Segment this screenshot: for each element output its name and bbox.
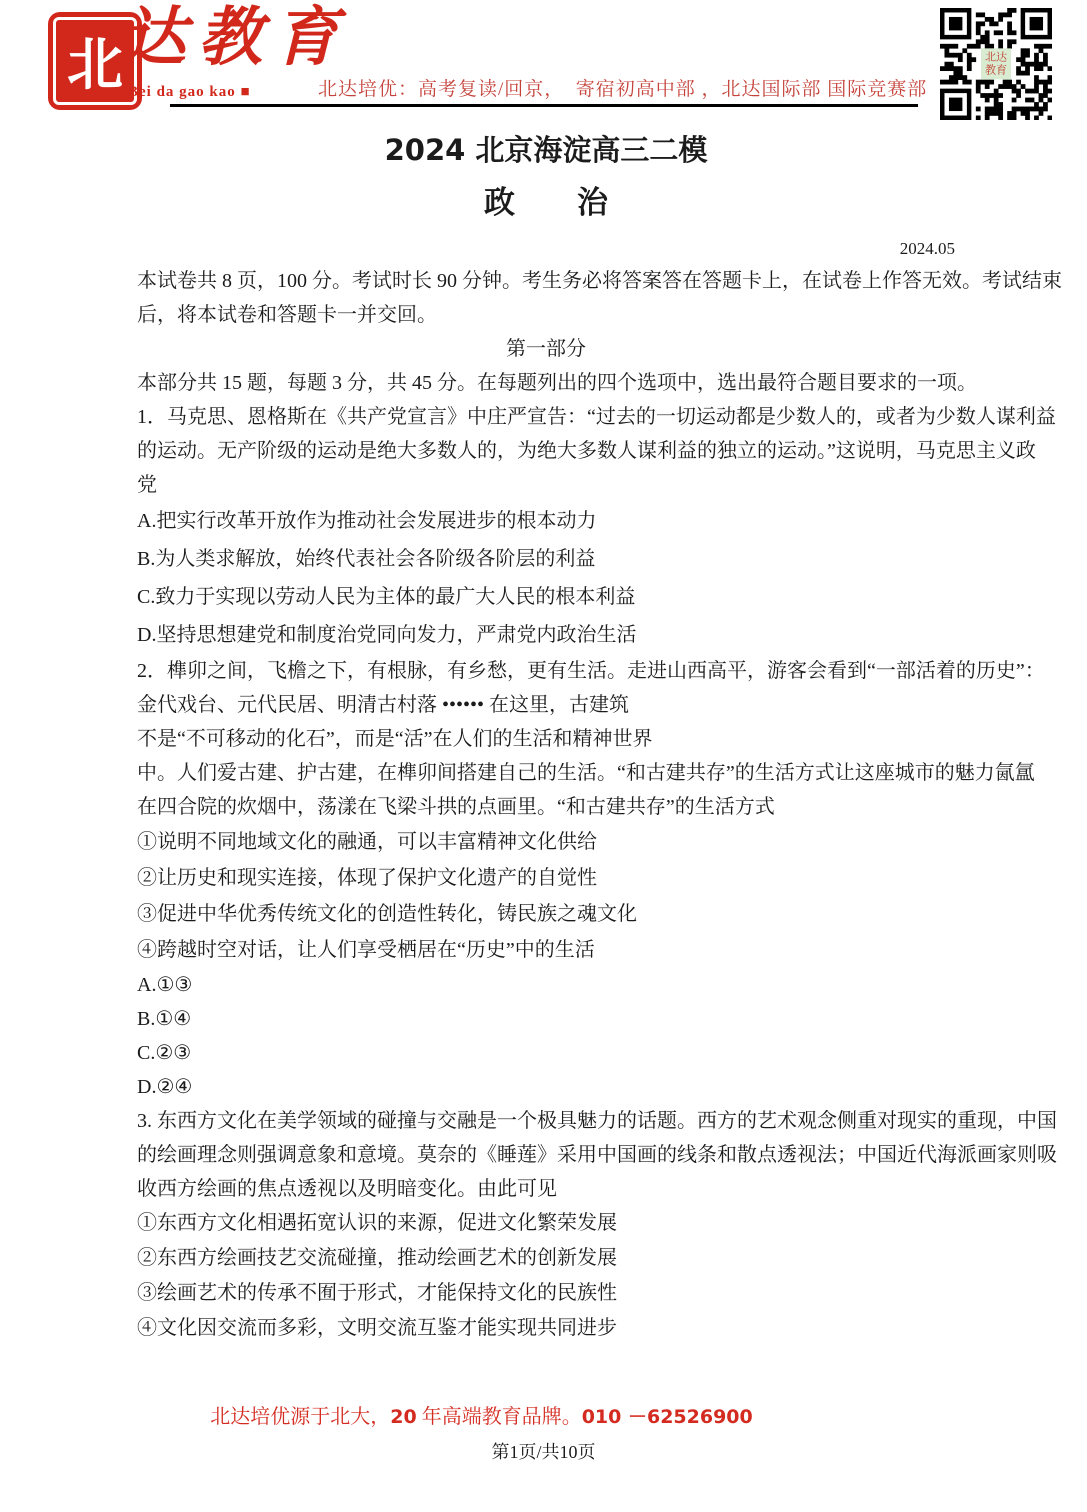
q2-option-a: A.①③ [137,968,955,1002]
q3-statement-4: ④文化因交流而多彩，文明交流互鉴才能实现共同进步 [137,1311,955,1346]
exam-date: 2024.05 [137,234,955,264]
header-divider [170,104,918,107]
qr-code: 北达 教育 [940,8,1052,120]
exam-paper-page: 北 达教育 Bei da gao kao ■ 北达培优：高考复读/回京， 寄宿初… [0,0,1087,1512]
intro-line: 后，将本试卷和答题卡一并交回。 [137,298,955,332]
footer-promo-years: 20 [390,1406,416,1428]
q3-line: 的绘画理念则强调意象和意境。莫奈的《睡莲》采用中国画的线条和散点透视法；中国近代… [137,1138,955,1172]
q2-statement-4: ④跨越时空对话，让人们享受栖居在“历史”中的生活 [137,932,955,968]
q1-option-c: C.致力于实现以劳动人民为主体的最广大人民的根本利益 [137,578,955,616]
q2-statement-3: ③促进中华优秀传统文化的创造性转化，铸民族之魂文化 [137,896,955,932]
q2-option-c: C.②③ [137,1036,955,1070]
q3-statement-2: ②东西方绘画技艺交流碰撞，推动绘画艺术的创新发展 [137,1241,955,1276]
q1-line: 的运动。无产阶级的运动是绝大多数人的，为绝大多数人谋利益的独立的运动。”这说明，… [137,434,955,468]
subject-title: 政 治 [137,172,955,234]
q2-option-b: B.①④ [137,1002,955,1036]
qr-center-label: 北达 教育 [981,48,1011,79]
q2-line: 中。人们爱古建、护古建，在榫卯间搭建自己的生活。“和古建共存”的生活方式让这座城… [137,756,955,790]
brand-logo-subtext: Bei da gao kao ■ [128,84,251,101]
footer-phone-number: 010 －62526900 [582,1406,753,1428]
question-3: 3. 东西方文化在美学领域的碰撞与交融是一个极具魅力的话题。西方的艺术观念侧重对… [137,1104,955,1346]
q1-option-d: D.坚持思想建党和制度治党同向发力，严肃党内政治生活 [137,616,955,654]
part1-instructions: 本部分共 15 题，每题 3 分，共 45 分。在每题列出的四个选项中，选出最符… [137,366,955,400]
q1-option-a: A.把实行改革开放作为推动社会发展进步的根本动力 [137,502,955,540]
q2-line: 不是“不可移动的化石”，而是“活”在人们的生活和精神世界 [137,722,955,756]
document-body: 2024 北京海淀高三二模 政 治 2024.05 本试卷共 8 页，100 分… [137,128,955,1346]
q3-line: 收西方绘画的焦点透视以及明暗变化。由此可见 [137,1172,955,1206]
q2-line: 金代戏台、元代民居、明清古村落 •••••• 在这里，古建筑 [137,688,955,722]
exam-title: 2024 北京海淀高三二模 [137,128,955,172]
footer-promo-text: 年高端教育品牌。 [417,1406,582,1428]
part1-heading: 第一部分 [137,332,955,366]
footer-promo: 北达培优源于北大，20 年高端教育品牌。010 －62526900 [0,1400,1025,1429]
question-1: 1．马克思、恩格斯在《共产党宣言》中庄严宣告：“过去的一切运动都是少数人的，或者… [137,400,955,654]
q3-statement-1: ①东西方文化相遇拓宽认识的来源，促进文化繁荣发展 [137,1206,955,1241]
q2-statement-2: ②让历史和现实连接，体现了保护文化遗产的自觉性 [137,860,955,896]
question-2: 2．榫卯之间，飞檐之下，有根脉，有乡愁，更有生活。走进山西高平，游客会看到“一部… [137,654,955,1104]
brand-logo-script: 达教育 [122,6,350,70]
header-tagline: 北达培优：高考复读/回京， 寄宿初高中部 ，北达国际部 国际竞赛部 [318,74,927,101]
q2-statement-1: ①说明不同地域文化的融通，可以丰富精神文化供给 [137,824,955,860]
q3-statement-3: ③绘画艺术的传承不囿于形式，才能保持文化的民族性 [137,1276,955,1311]
q1-option-b: B.为人类求解放，始终代表社会各阶级各阶层的利益 [137,540,955,578]
page-number: 第1页/共10页 [0,1438,1087,1464]
q2-line: 2．榫卯之间，飞檐之下，有根脉，有乡愁，更有生活。走进山西高平，游客会看到“一部… [137,654,955,688]
intro-line: 本试卷共 8 页，100 分。考试时长 90 分钟。考生务必将答案答在答题卡上，… [137,264,955,298]
q3-line: 3. 东西方文化在美学领域的碰撞与交融是一个极具魅力的话题。西方的艺术观念侧重对… [137,1104,955,1138]
q1-line: 党 [137,468,955,502]
q2-line: 在四合院的炊烟中，荡漾在飞梁斗拱的点画里。“和古建共存”的生活方式 [137,790,955,824]
q2-option-d: D.②④ [137,1070,955,1104]
footer-promo-text: 北达培优源于北大， [210,1406,390,1428]
q1-line: 1．马克思、恩格斯在《共产党宣言》中庄严宣告：“过去的一切运动都是少数人的，或者… [137,400,955,434]
